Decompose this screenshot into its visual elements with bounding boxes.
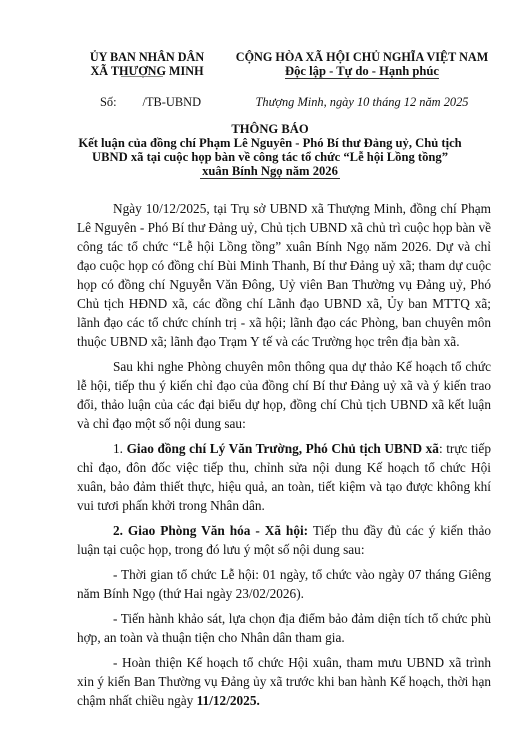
- item-2: 2. Giao Phòng Văn hóa - Xã hội: Tiếp thu…: [77, 521, 491, 559]
- authority-underline: [121, 76, 163, 77]
- bullet-3-text: - Hoàn thiện Kế hoạch tổ chức Hội xuân, …: [77, 655, 491, 708]
- paragraph-intro: Ngày 10/12/2025, tại Trụ sở UBND xã Thượ…: [77, 199, 491, 351]
- nation-name: CỘNG HÒA XÃ HỘI CHỦ NGHĨA VIỆT NAM: [228, 50, 496, 64]
- national-heading: CỘNG HÒA XÃ HỘI CHỦ NGHĨA VIỆT NAM Độc l…: [228, 50, 496, 79]
- item-1: 1. Giao đồng chí Lý Văn Trường, Phó Chủ …: [77, 439, 491, 515]
- authority-suffix: MINH: [166, 64, 204, 78]
- title-line-3: xuân Bính Ngọ năm 2026: [200, 165, 340, 179]
- authority-prefix: XÃ: [90, 64, 110, 78]
- number-label: Số:: [100, 95, 117, 109]
- bullet-3-deadline: 11/12/2025.: [197, 693, 260, 708]
- number-value: /TB-UBND: [143, 95, 202, 109]
- title-line-2: UBND xã tại cuộc họp bàn về công tác tổ …: [70, 150, 470, 164]
- issuing-authority: ỦY BAN NHÂN DÂN XÃ THƯỢNG MINH: [72, 50, 222, 79]
- place-date: Thượng Minh, ngày 10 tháng 12 năm 2025: [228, 95, 496, 110]
- paragraph-summary: Sau khi nghe Phòng chuyên môn thông qua …: [77, 357, 491, 433]
- document-body: Ngày 10/12/2025, tại Trụ sở UBND xã Thượ…: [77, 199, 491, 716]
- document-title: THÔNG BÁO Kết luận của đồng chí Phạm Lê …: [70, 122, 470, 179]
- item-1-assignee: Giao đồng chí Lý Văn Trường, Phó Chủ tịc…: [127, 441, 439, 456]
- bullet-1: - Thời gian tổ chức Lễ hội: 01 ngày, tổ …: [77, 565, 491, 603]
- bullet-2: - Tiến hành khảo sát, lựa chọn địa điểm …: [77, 609, 491, 647]
- item-1-number: 1.: [113, 441, 127, 456]
- bullet-3: - Hoàn thiện Kế hoạch tổ chức Hội xuân, …: [77, 653, 491, 710]
- document-number: Số:/TB-UBND: [100, 95, 201, 110]
- item-2-assignee: 2. Giao Phòng Văn hóa - Xã hội:: [113, 523, 308, 538]
- document-page: ỦY BAN NHÂN DÂN XÃ THƯỢNG MINH CỘNG HÒA …: [0, 0, 527, 746]
- title-line-1: Kết luận của đồng chí Phạm Lê Nguyên - P…: [70, 136, 470, 150]
- authority-line-1: ỦY BAN NHÂN DÂN: [72, 50, 222, 64]
- title-kind: THÔNG BÁO: [70, 122, 470, 136]
- national-motto: Độc lập - Tự do - Hạnh phúc: [285, 65, 439, 79]
